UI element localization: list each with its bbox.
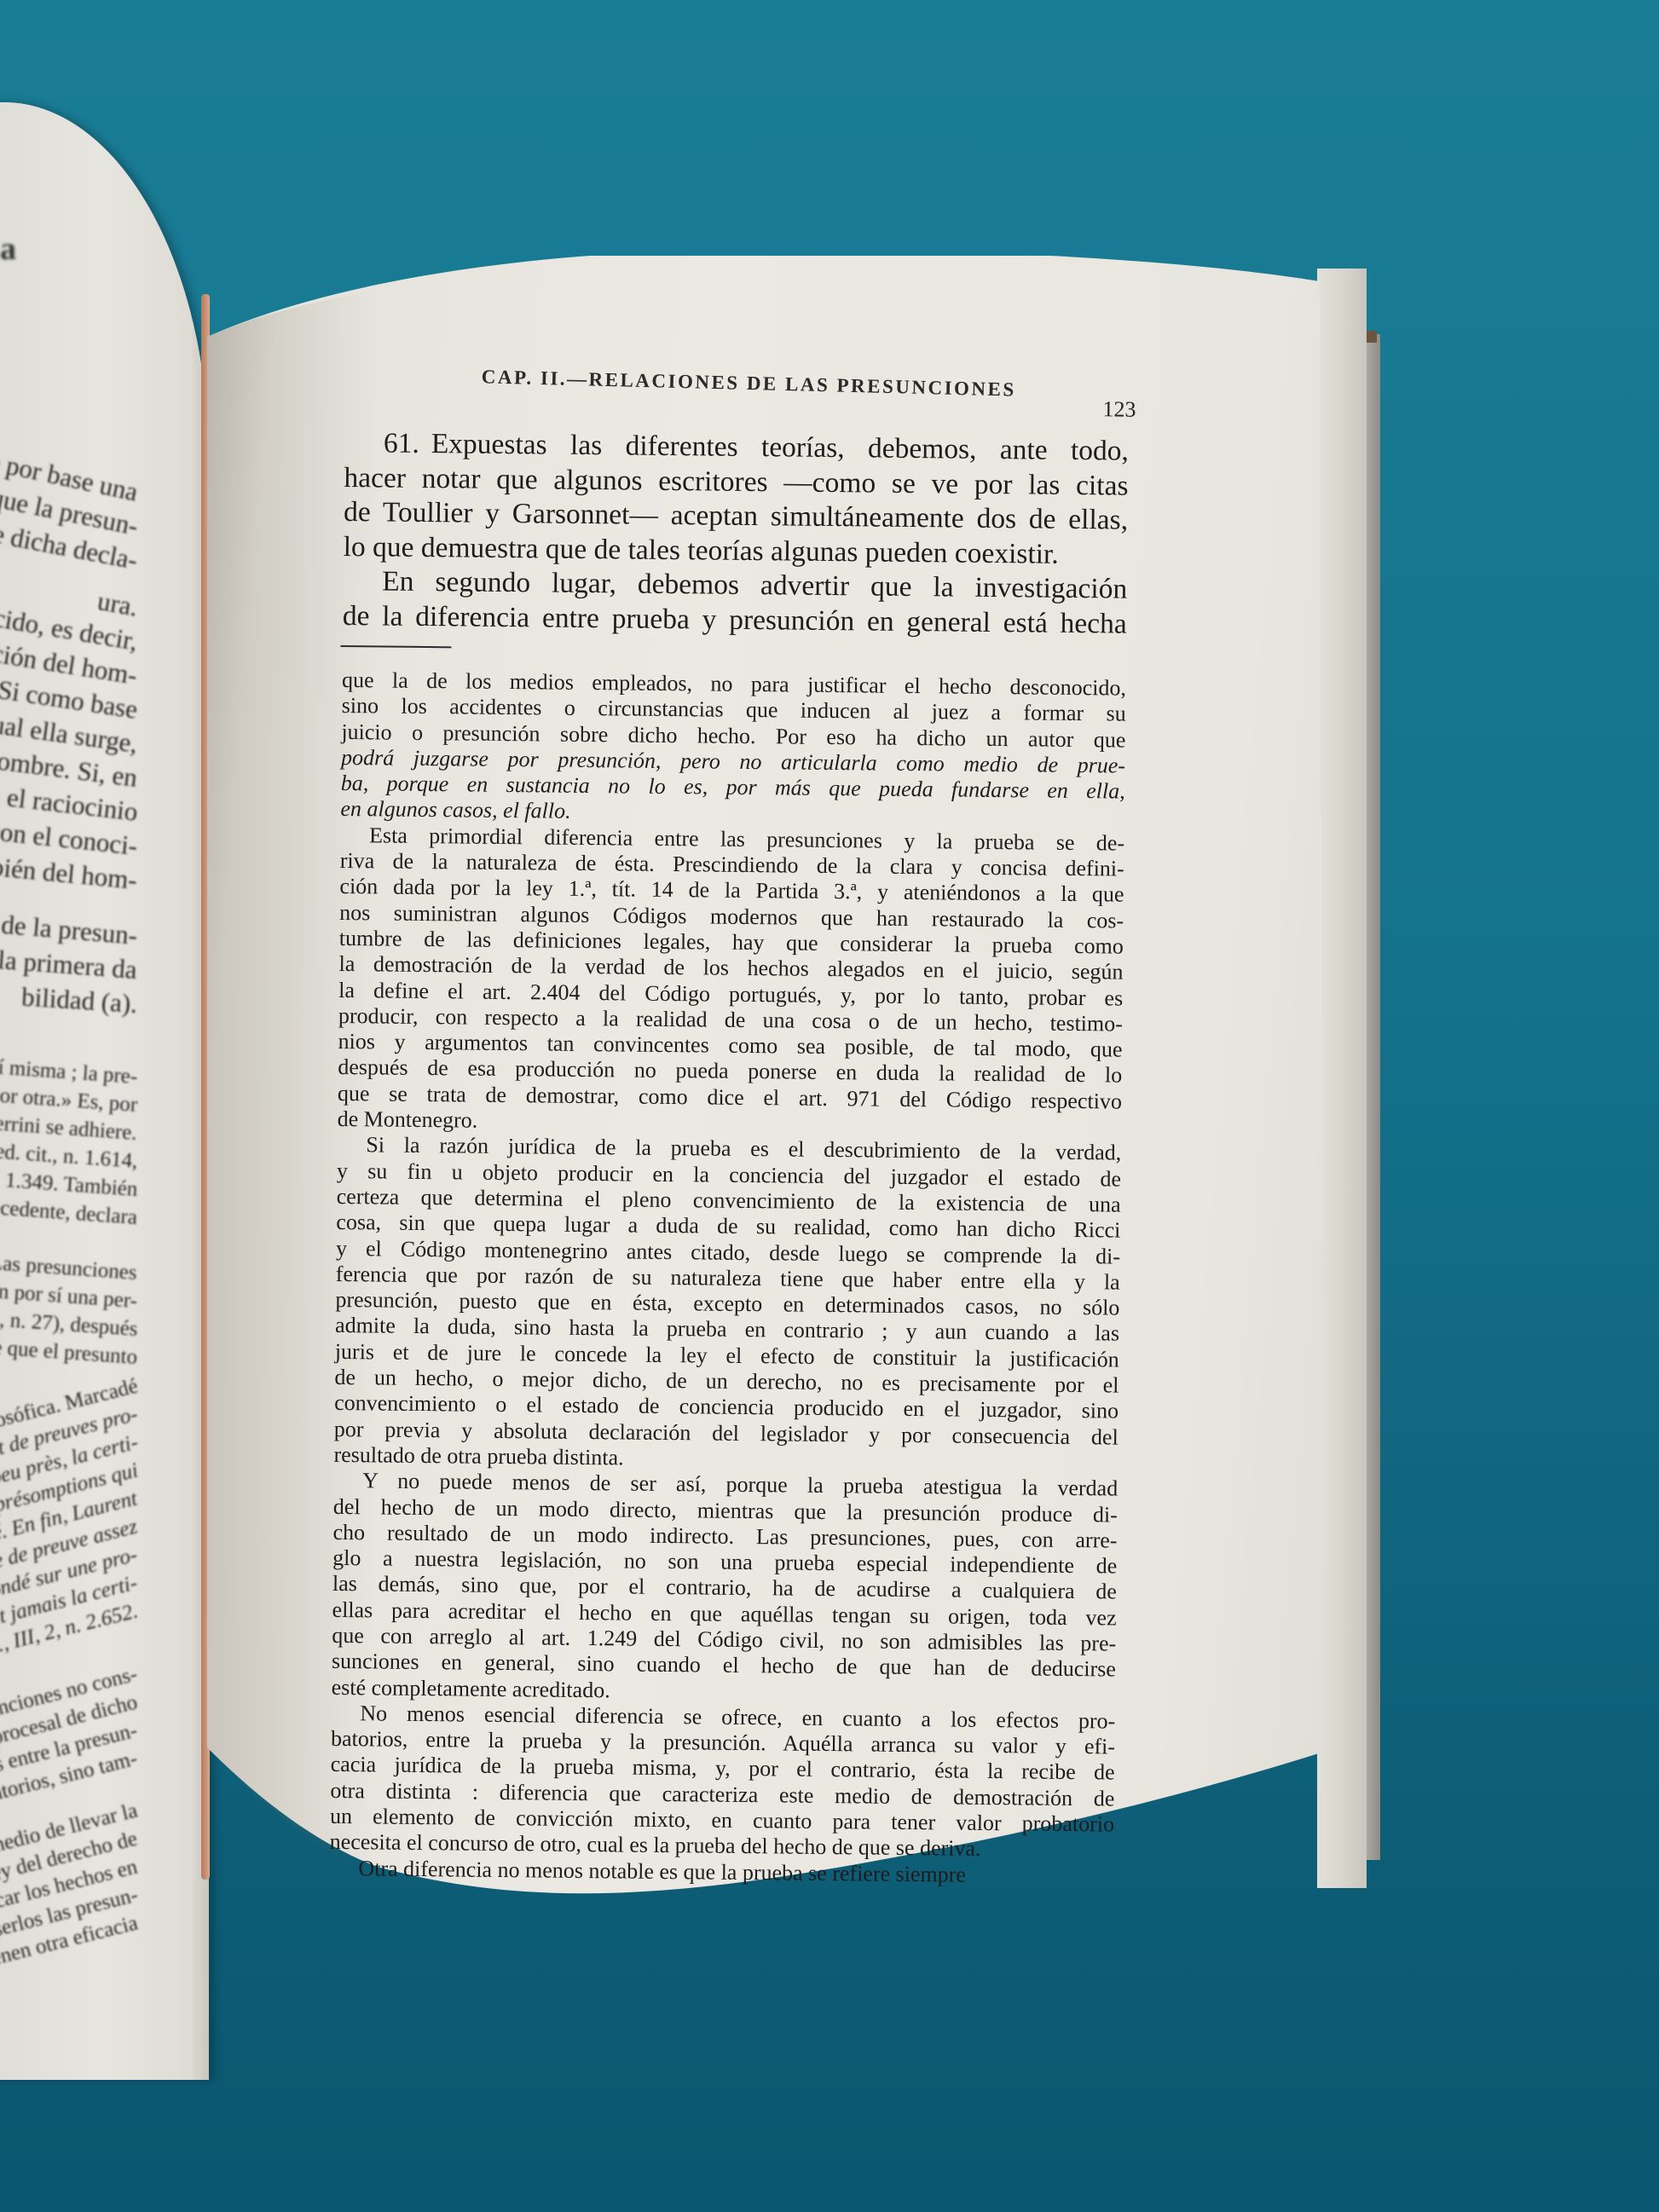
book-cover-corner xyxy=(1367,331,1377,343)
left-page-line: : «Las presunciones xyxy=(0,1250,138,1285)
main-paragraph: 61.Expuestas las diferentes teorías, deb… xyxy=(343,426,1129,642)
left-page-line: ba de la presun- xyxy=(0,907,139,951)
left-page-line: ura. xyxy=(95,586,140,623)
footnote-paragraph: Si la razón jurídica de la prueba es el … xyxy=(333,1132,1121,1476)
right-page-text: CAP. II.—RELACIONES DE LAS PRESUNCIONES … xyxy=(329,358,1130,1889)
left-page: a mpre por base unaras que la presun-o d… xyxy=(0,102,209,2080)
book-photo-scene: a mpre por base unaras que la presun-o d… xyxy=(0,0,1659,2212)
footnote-paragraph: No menos esencial diferencia se ofrece, … xyxy=(330,1701,1116,1863)
left-page-text: mpre por base unaras que la presun-o de … xyxy=(0,102,209,2080)
footnote-rule xyxy=(340,645,451,648)
left-page-line: bilidad (a). xyxy=(20,981,138,1019)
book-cover-edge xyxy=(1367,334,1380,1860)
footnote-block: que la de los medios empleados, no para … xyxy=(329,667,1126,1890)
chapter-title: CAP. II.—RELACIONES DE LAS PRESUNCIONES xyxy=(481,366,1016,401)
paragraph-number: 61. xyxy=(384,427,419,459)
right-page-stack xyxy=(1317,269,1367,1888)
footnote-paragraph: Esta primordial diferencia entre las pre… xyxy=(337,823,1124,1141)
footnote-paragraph: que la de los medios empleados, no para … xyxy=(340,667,1126,830)
footnote-paragraph: Y no puede menos de ser así, porque la p… xyxy=(332,1468,1119,1708)
page-number: 123 xyxy=(1102,396,1136,422)
running-head: CAP. II.—RELACIONES DE LAS PRESUNCIONES … xyxy=(344,358,1130,435)
left-page-line: r sí misma ; la pre- xyxy=(0,1054,138,1089)
